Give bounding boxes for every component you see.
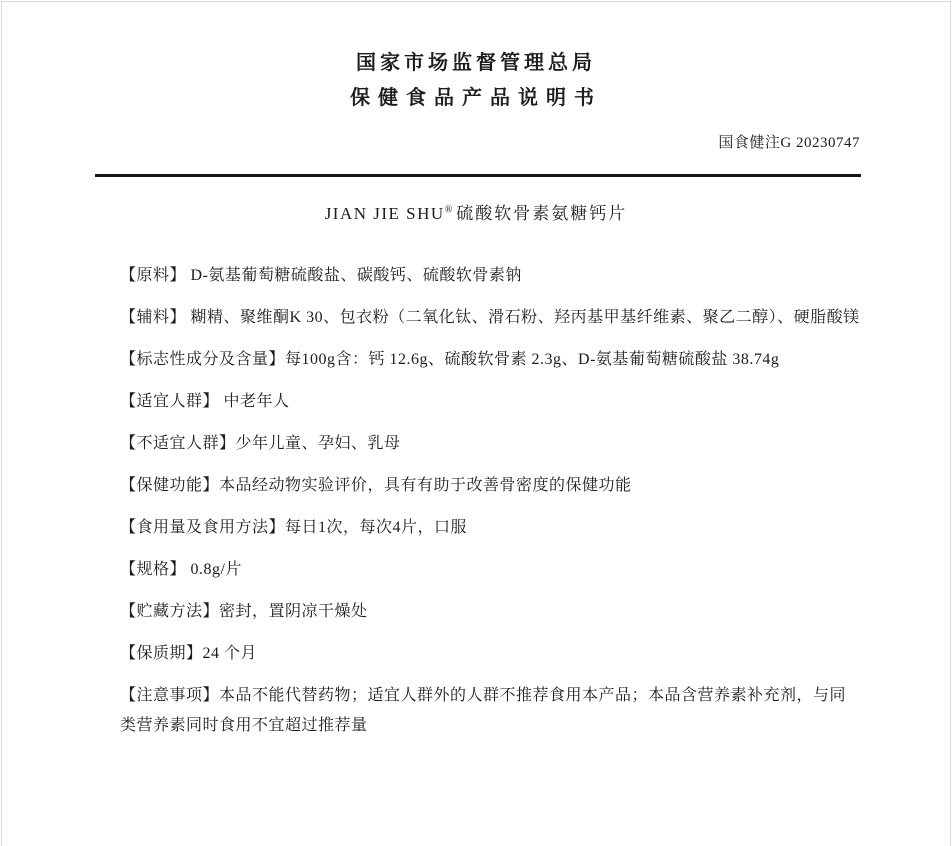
field-label: 【原料】 [120, 267, 186, 284]
registration-number: 国食健注G 20230747 [718, 131, 860, 152]
field-row-excipients: 【辅料】 糊精、聚维酮K 30、包衣粉（二氧化钛、滑石粉、羟丙基甲基纤维素、聚乙… [120, 303, 862, 333]
field-value: 本品不能代替药物；适宜人群外的人群不推荐食用本产品；本品含营养素补充剂，与同类营… [120, 687, 846, 734]
field-row-marker-components: 【标志性成分及含量】每100g含：钙 12.6g、硫酸软骨素 2.3g、D-氨基… [120, 345, 862, 375]
field-row-suitable-groups: 【适宜人群】 中老年人 [120, 387, 862, 417]
field-label: 【保质期】 [120, 645, 203, 662]
field-value: 中老年人 [219, 393, 290, 410]
product-name-chinese: 硫酸软骨素氨糖钙片 [456, 204, 627, 223]
product-name: JIAN JIE SHU®硫酸软骨素氨糖钙片 [0, 199, 952, 224]
registered-trademark-icon: ® [445, 204, 453, 215]
divider-rule [95, 174, 861, 177]
field-row-health-function: 【保健功能】本品经动物实验评价，具有有助于改善骨密度的保健功能 [120, 471, 862, 501]
field-value: D-氨基葡萄糖硫酸盐、碳酸钙、硫酸软骨素钠 [186, 267, 522, 284]
field-value: 少年儿童、孕妇、乳母 [236, 435, 401, 452]
field-value: 24 个月 [203, 645, 258, 662]
field-label: 【保健功能】 [120, 477, 219, 494]
field-list: 【原料】 D-氨基葡萄糖硫酸盐、碳酸钙、硫酸软骨素钠 【辅料】 糊精、聚维酮K … [120, 261, 862, 753]
field-row-shelf-life: 【保质期】24 个月 [120, 639, 862, 669]
field-label: 【贮藏方法】 [120, 603, 219, 620]
field-label: 【食用量及食用方法】 [120, 519, 285, 536]
field-value: 0.8g/片 [186, 561, 242, 578]
product-name-latin: JIAN JIE SHU [325, 204, 445, 223]
agency-title: 国家市场监督管理总局 [0, 46, 952, 75]
document-page: 国家市场监督管理总局 保健食品产品说明书 国食健注G 20230747 JIAN… [0, 0, 952, 846]
field-row-unsuitable-groups: 【不适宜人群】少年儿童、孕妇、乳母 [120, 429, 862, 459]
field-label: 【注意事项】 [120, 687, 219, 704]
field-label: 【规格】 [120, 561, 186, 578]
field-value: 密封，置阴凉干燥处 [219, 603, 368, 620]
field-label: 【标志性成分及含量】 [120, 351, 285, 368]
field-label: 【适宜人群】 [120, 393, 219, 410]
field-row-precautions: 【注意事项】本品不能代替药物；适宜人群外的人群不推荐食用本产品；本品含营养素补充… [120, 681, 862, 741]
field-label: 【不适宜人群】 [120, 435, 236, 452]
field-row-storage-method: 【贮藏方法】密封，置阴凉干燥处 [120, 597, 862, 627]
document-type-title: 保健食品产品说明书 [0, 81, 952, 110]
field-value: 本品经动物实验评价，具有有助于改善骨密度的保健功能 [219, 477, 632, 494]
field-value: 每100g含：钙 12.6g、硫酸软骨素 2.3g、D-氨基葡萄糖硫酸盐 38.… [285, 351, 779, 368]
field-row-dosage-method: 【食用量及食用方法】每日1次，每次4片，口服 [120, 513, 862, 543]
field-value: 每日1次，每次4片，口服 [285, 519, 467, 536]
field-row-raw-materials: 【原料】 D-氨基葡萄糖硫酸盐、碳酸钙、硫酸软骨素钠 [120, 261, 862, 291]
field-value: 糊精、聚维酮K 30、包衣粉（二氧化钛、滑石粉、羟丙基甲基纤维素、聚乙二醇）、硬… [186, 309, 860, 326]
field-row-specification: 【规格】 0.8g/片 [120, 555, 862, 585]
field-label: 【辅料】 [120, 309, 186, 326]
